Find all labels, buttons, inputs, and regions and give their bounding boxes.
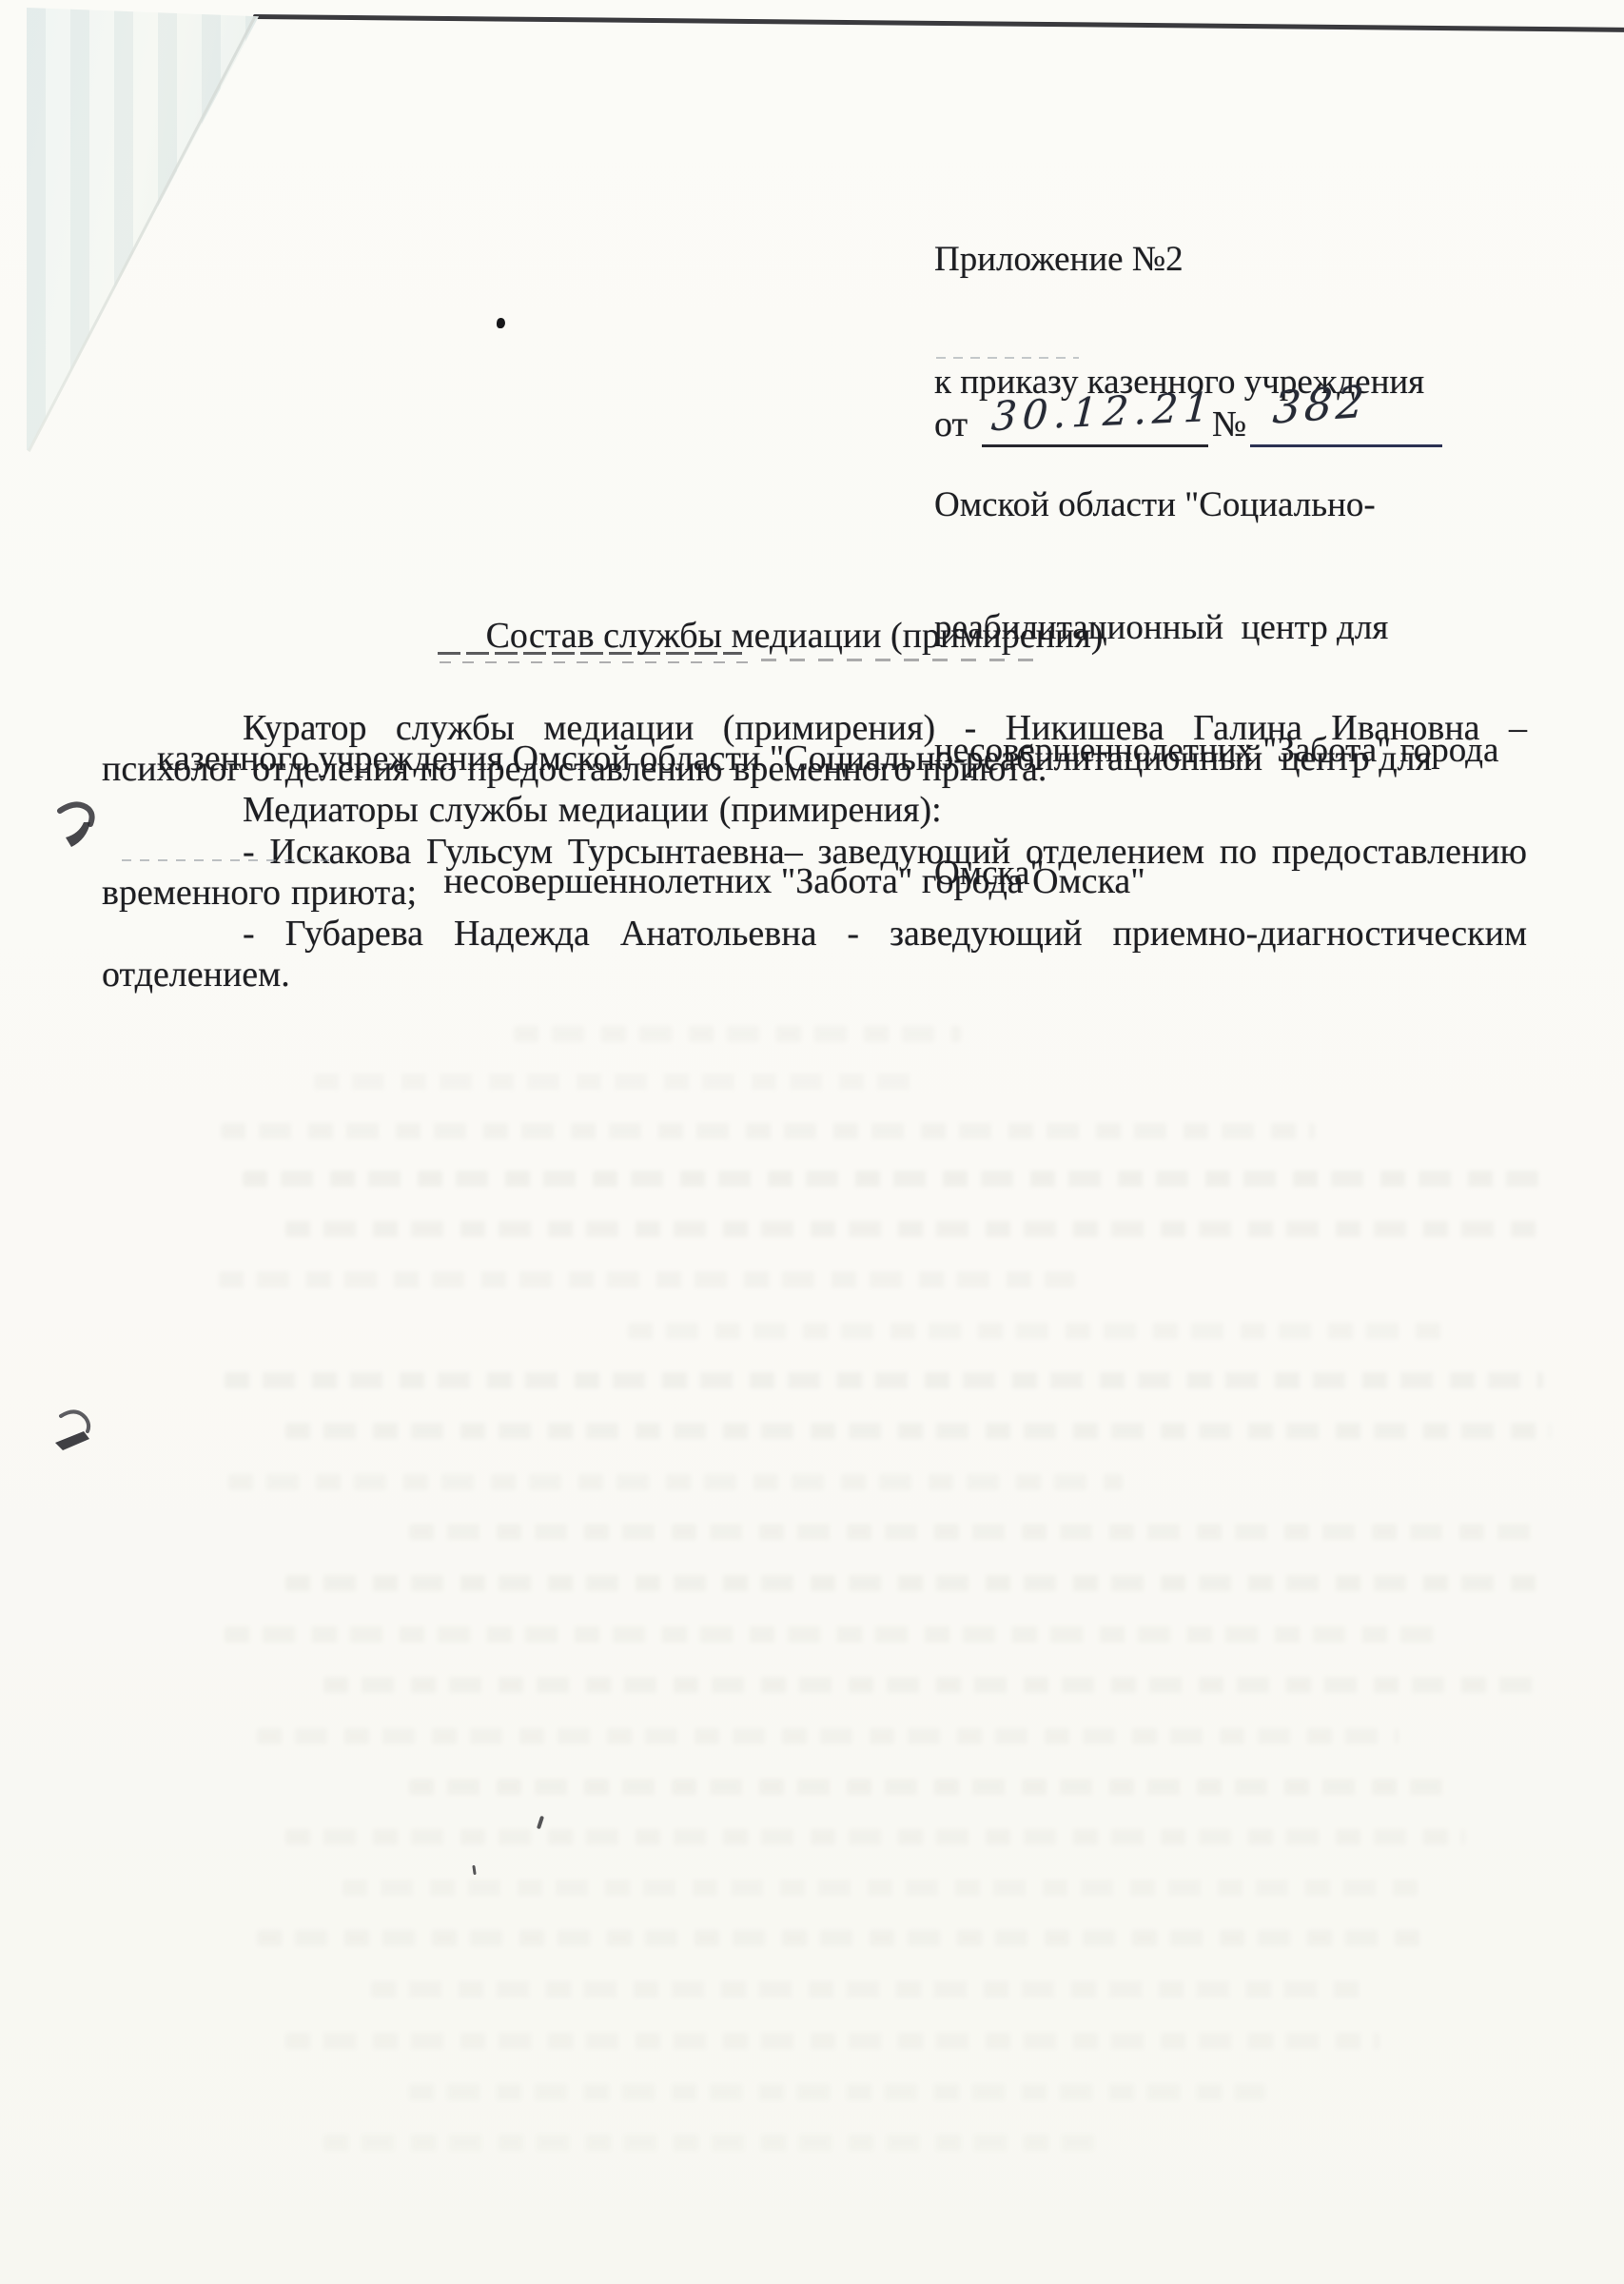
bleed-through-line: [225, 1372, 1543, 1388]
ink-speck: [472, 1865, 476, 1875]
body-line: - Губарева Надежда Анатольевна - заведую…: [102, 914, 1527, 955]
body-line: временного приюта;: [102, 873, 1527, 914]
bleed-through-line: [219, 1271, 1075, 1288]
appendix-header-line: Омской области "Социально-: [934, 484, 1543, 525]
bleed-through-line: [225, 1626, 1442, 1643]
title-underline-artifact: [440, 661, 753, 663]
body-line: Медиаторы службы медиации (примирения):: [102, 790, 1527, 831]
binding-mark-bottom: [48, 1405, 95, 1458]
document-body: Куратор службы медиации (примирения) - Н…: [102, 708, 1527, 995]
number-blank-line: [1250, 444, 1442, 447]
bleed-through-line: [228, 1474, 1123, 1490]
from-label: от: [934, 404, 968, 445]
body-line: психолог отделения по предоставлению вре…: [102, 749, 1527, 790]
bleed-through-line: [371, 1981, 1370, 1998]
bleed-through-line: [285, 1423, 1551, 1439]
bleed-through-line: [285, 2033, 1379, 2049]
number-label: №: [1212, 404, 1246, 445]
bleed-through-line: [342, 1880, 1418, 1896]
bleed-through-line: [409, 1779, 1446, 1795]
bleed-underline-artifact: [936, 357, 1079, 359]
bleed-through-line: [409, 2084, 1265, 2100]
bleed-through-line: [514, 1026, 961, 1042]
scanned-document-page: Приложение №2 к приказу казенного учрежд…: [0, 0, 1624, 2284]
bleed-through-line: [257, 1728, 1399, 1744]
date-blank-line: [982, 444, 1208, 447]
bleed-through-line: [285, 1829, 1465, 1845]
appendix-header-line: Приложение №2: [934, 239, 1543, 280]
title-underline-artifact: [761, 659, 1047, 661]
bleed-through-line: [323, 2135, 1094, 2151]
ink-speck: [537, 1816, 544, 1830]
handwritten-number: 382: [1271, 375, 1369, 433]
bleed-through-line: [285, 1221, 1546, 1237]
bleed-through-line: [221, 1123, 1315, 1139]
bleed-underline-artifact: [122, 859, 329, 861]
ink-dot: [497, 318, 505, 328]
bleed-through-line: [314, 1073, 923, 1090]
title-underline-artifact: [438, 652, 742, 655]
bleed-through-line: [323, 1677, 1541, 1693]
bleed-through-line: [628, 1323, 1446, 1339]
handwritten-date: 30.12.21: [990, 384, 1217, 440]
bleed-through-line: [243, 1171, 1546, 1187]
bleed-through-line: [257, 1930, 1427, 1946]
body-line: - Искакова Гульсум Турсынтаевна– заведую…: [102, 832, 1527, 873]
body-line: отделением.: [102, 955, 1527, 995]
bleed-through-line: [409, 1524, 1532, 1540]
bleed-through-line: [285, 1575, 1541, 1591]
body-line: Куратор службы медиации (примирения) - Н…: [102, 708, 1527, 749]
document-title-line: Состав службы медиации (примирения): [90, 616, 1498, 657]
scan-edge-line: [253, 14, 1624, 32]
